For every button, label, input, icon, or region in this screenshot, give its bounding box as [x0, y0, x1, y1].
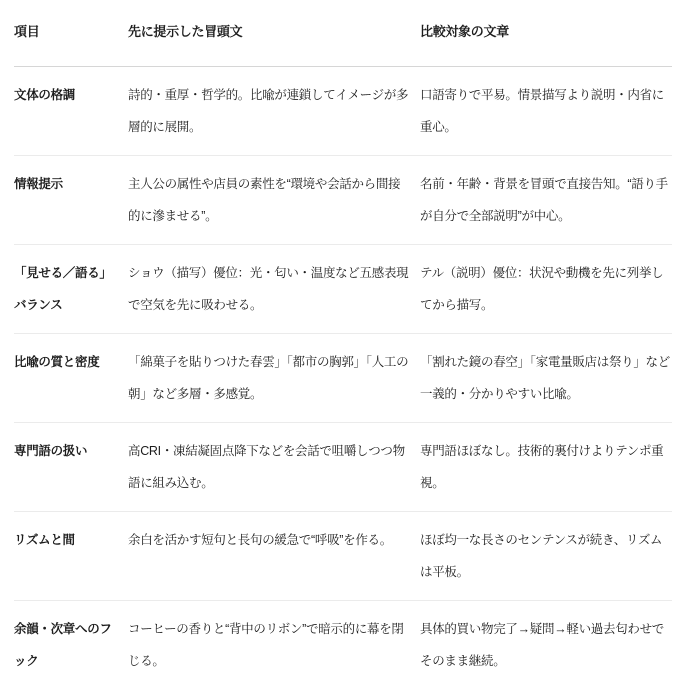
table-row: リズムと間余白を活かす短句と長句の緩急で“呼吸”を作る。ほぼ均一な長さのセンテン… — [14, 512, 672, 601]
row-comparison-text: 口語寄りで平易。情景描写より説明・内省に重心。 — [420, 67, 672, 155]
row-comparison-text: 名前・年齢・背景を冒頭で直接告知。“語り手が自分で全部説明”が中心。 — [420, 156, 672, 244]
row-comparison-text: 具体的買い物完了→疑問→軽い過去匂わせでそのまま継続。 — [420, 601, 672, 685]
table-row: 比喩の質と密度「綿菓子を貼りつけた春雲」「都市の胸郭」「人工の朝」など多層・多感… — [14, 334, 672, 423]
table-row: 情報提示主人公の属性や店員の素性を“環境や会話から間接的に滲ませる”。名前・年齢… — [14, 156, 672, 245]
column-header-comparison: 比較対象の文章 — [420, 0, 672, 66]
table-row: 文体の格調詩的・重厚・哲学的。比喩が連鎖してイメージが多層的に展開。口語寄りで平… — [14, 67, 672, 156]
row-item-label: リズムと間 — [14, 512, 128, 600]
row-original-text: 詩的・重厚・哲学的。比喩が連鎖してイメージが多層的に展開。 — [128, 67, 420, 155]
row-item-label: 「見せる／語る」バランス — [14, 245, 128, 333]
comparison-table: 項目 先に提示した冒頭文 比較対象の文章 文体の格調詩的・重厚・哲学的。比喩が連… — [0, 0, 685, 685]
row-comparison-text: 「割れた鏡の春空」「家電量販店は祭り」など一義的・分かりやすい比喩。 — [420, 334, 672, 422]
table-body: 文体の格調詩的・重厚・哲学的。比喩が連鎖してイメージが多層的に展開。口語寄りで平… — [14, 67, 672, 685]
table-row: 余韻・次章へのフックコーヒーの香りと“背中のリボン”で暗示的に幕を閉じる。具体的… — [14, 601, 672, 685]
row-comparison-text: 専門語ほぼなし。技術的裏付けよりテンポ重視。 — [420, 423, 672, 511]
row-item-label: 専門語の扱い — [14, 423, 128, 511]
row-original-text: 「綿菓子を貼りつけた春雲」「都市の胸郭」「人工の朝」など多層・多感覚。 — [128, 334, 420, 422]
table-row: 「見せる／語る」バランスショウ（描写）優位：光・匂い・温度など五感表現で空気を先… — [14, 245, 672, 334]
row-original-text: コーヒーの香りと“背中のリボン”で暗示的に幕を閉じる。 — [128, 601, 420, 685]
row-original-text: 主人公の属性や店員の素性を“環境や会話から間接的に滲ませる”。 — [128, 156, 420, 244]
row-comparison-text: ほぼ均一な長さのセンテンスが続き、リズムは平板。 — [420, 512, 672, 600]
row-item-label: 文体の格調 — [14, 67, 128, 155]
column-header-original: 先に提示した冒頭文 — [128, 0, 420, 66]
row-original-text: 高CRI・凍結凝固点降下などを会話で咀嚼しつつ物語に組み込む。 — [128, 423, 420, 511]
row-original-text: 余白を活かす短句と長句の緩急で“呼吸”を作る。 — [128, 512, 420, 600]
row-item-label: 比喩の質と密度 — [14, 334, 128, 422]
row-original-text: ショウ（描写）優位：光・匂い・温度など五感表現で空気を先に吸わせる。 — [128, 245, 420, 333]
row-item-label: 余韻・次章へのフック — [14, 601, 128, 685]
column-header-item: 項目 — [14, 0, 128, 66]
table-header-row: 項目 先に提示した冒頭文 比較対象の文章 — [14, 0, 672, 67]
table-row: 専門語の扱い高CRI・凍結凝固点降下などを会話で咀嚼しつつ物語に組み込む。専門語… — [14, 423, 672, 512]
row-comparison-text: テル（説明）優位：状況や動機を先に列挙してから描写。 — [420, 245, 672, 333]
row-item-label: 情報提示 — [14, 156, 128, 244]
